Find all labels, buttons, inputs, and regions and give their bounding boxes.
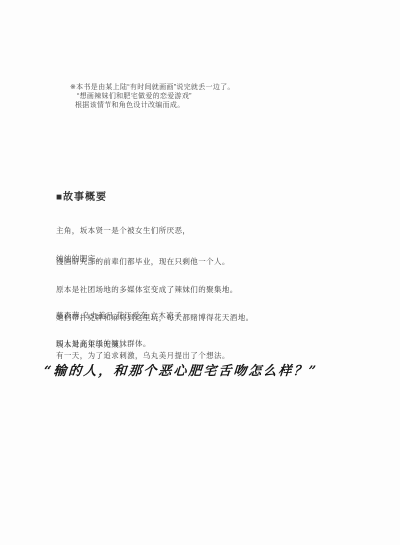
note-line-1: ※本书是由某上陆“有时间就画画”说完就丢一边了。	[70, 83, 235, 92]
synopsis-character-names: 藤森茜 乌丸美月 花江爱奈 立木凉子	[56, 311, 182, 320]
synopsis-p2-line-1: 漫画研究部的前辈们都毕业，现在只剩他一个人。	[56, 257, 254, 266]
note-line-2: “想画辣妹们和肥宅做爱的恋爱游戏”	[77, 92, 235, 101]
synopsis-p1-line-1: 主角，坂本贤一是个被女生们所厌恶，	[56, 226, 190, 235]
translator-note: ※本书是由某上陆“有时间就画画”说完就丢一边了。 “想画辣妹们和肥宅做爱的恋爱游…	[70, 83, 235, 110]
story-summary-page: ※本书是由某上陆“有时间就画画”说完就丢一边了。 “想画辣妹们和肥宅做爱的恋爱游…	[0, 0, 400, 545]
handwritten-quote: “输的人，和那个恶心肥宅舌吻怎么样？”	[43, 360, 374, 379]
story-summary-heading: ■故事概要	[56, 188, 107, 203]
note-line-3: 根据该情节和角色设计改编而成。	[75, 101, 235, 110]
